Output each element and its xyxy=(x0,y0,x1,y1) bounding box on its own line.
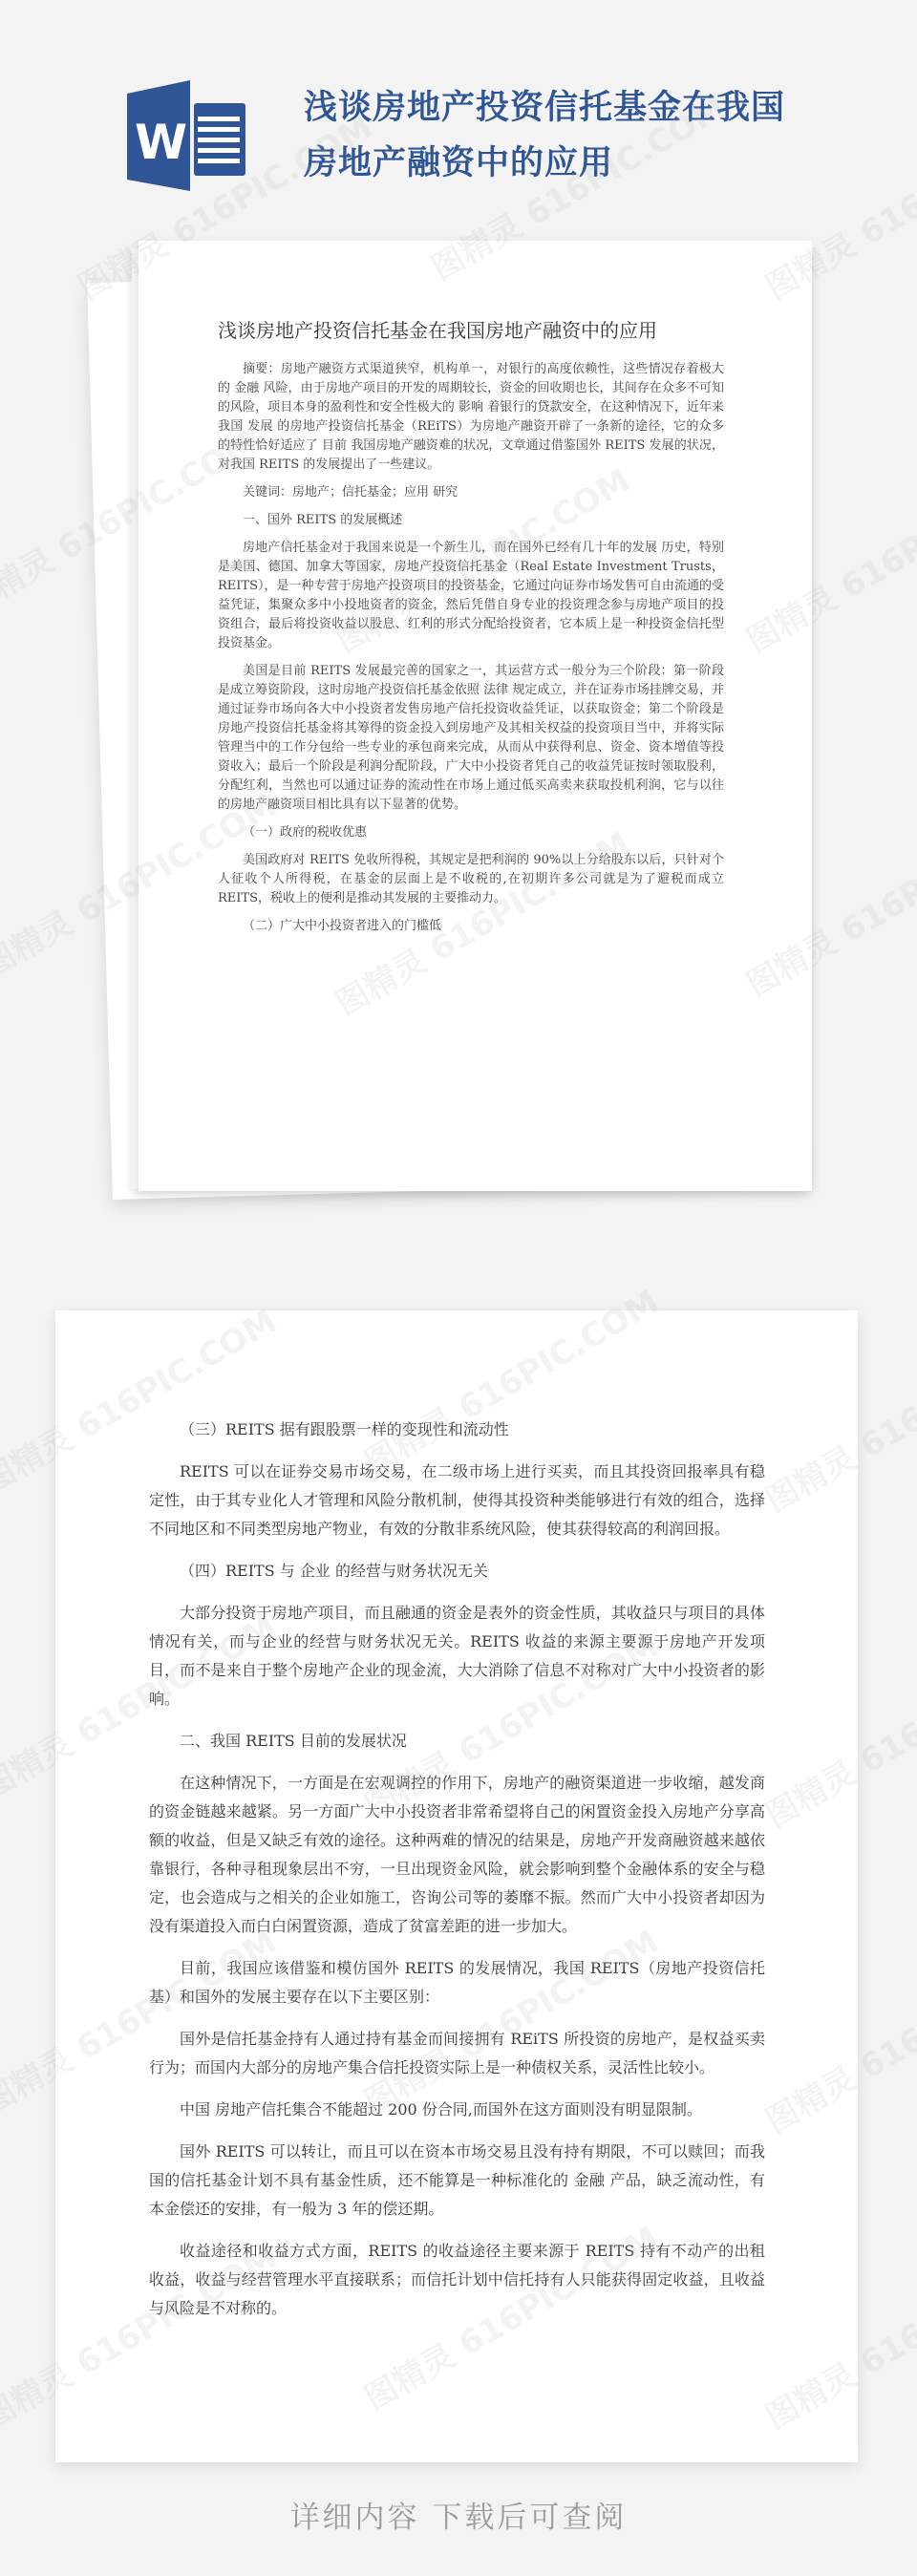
subsection-heading: （二）广大中小投资者进入的门槛低 xyxy=(218,917,724,936)
paragraph: REITS 可以在证券交易市场交易，在二级市场上进行买卖，而且其投资回报率具有稳… xyxy=(149,1458,765,1543)
paragraph: 收益途径和收益方式方面，REITS 的收益途径主要来源于 REITS 持有不动产… xyxy=(149,2237,765,2323)
subsection-heading: （三）REITS 据有跟股票一样的变现性和流动性 xyxy=(149,1416,765,1444)
abstract: 摘要：房地产融资方式渠道狭窄，机构单一，对银行的高度依赖性，这些情况存着极大的 … xyxy=(218,360,724,475)
document-title: 浅谈房地产投资信托基金在我国房地产融资中的应用 xyxy=(218,314,753,347)
paragraph: 美国政府对 REITS 免收所得税，其规定是把利润的 90%以上分给股东以后，只… xyxy=(218,851,724,908)
header: W 浅谈房地产投资信托基金在我国房地产融资中的应用 xyxy=(0,0,917,229)
paragraph: 在这种情况下，一方面是在宏观调控的作用下，房地产的融资渠道进一步收缩，越发商的资… xyxy=(149,1769,765,1941)
paragraph: 目前，我国应该借鉴和模仿国外 REITS 的发展情况，我国 REITS（房地产投… xyxy=(149,1954,765,2012)
paragraph: 美国是目前 REITS 发展最完善的国家之一，其运营方式一般分为三个阶段：第一阶… xyxy=(218,662,724,815)
document-page-1: 浅谈房地产投资信托基金在我国房地产融资中的应用 摘要：房地产融资方式渠道狭窄，机… xyxy=(139,241,812,1191)
paragraph: 房地产信托基金对于我国来说是一个新生儿，而在国外已经有几十年的发展 历史，特别是… xyxy=(218,539,724,653)
subsection-heading: （四）REITS 与 企业 的经营与财务状况无关 xyxy=(149,1557,765,1586)
document-page-2: （三）REITS 据有跟股票一样的变现性和流动性 REITS 可以在证券交易市场… xyxy=(55,1310,858,2462)
page-2-body: （三）REITS 据有跟股票一样的变现性和流动性 REITS 可以在证券交易市场… xyxy=(149,1416,765,2336)
subsection-heading: （一）政府的税收优惠 xyxy=(218,823,724,842)
paragraph: 大部分投资于房地产项目，而且融通的资金是表外的资金性质，其收益只与项目的具体情况… xyxy=(149,1599,765,1714)
page-1-body: 摘要：房地产融资方式渠道狭窄，机构单一，对银行的高度依赖性，这些情况存着极大的 … xyxy=(218,360,724,945)
word-document-icon: W xyxy=(127,80,245,191)
section-heading: 二、我国 REITS 目前的发展状况 xyxy=(149,1727,765,1756)
paragraph: 中国 房地产信托集合不能超过 200 份合同,而国外在这方面则没有明显限制。 xyxy=(149,2096,765,2124)
section-heading: 一、国外 REITS 的发展概述 xyxy=(218,511,724,530)
svg-text:W: W xyxy=(135,115,187,170)
download-to-view-prompt[interactable]: 详细内容 下载后可查阅 xyxy=(0,2493,917,2536)
paragraph: 国外 REITS 可以转让，而且可以在资本市场交易且没有持有期限，不可以赎回；而… xyxy=(149,2138,765,2224)
paragraph: 国外是信托基金持有人通过持有基金而间接拥有 REiTS 所投资的房地产，是权益买… xyxy=(149,2025,765,2082)
keywords: 关键词：房地产；信托基金；应用 研究 xyxy=(218,483,724,502)
header-title: 浅谈房地产投资信托基金在我国房地产融资中的应用 xyxy=(304,80,800,191)
